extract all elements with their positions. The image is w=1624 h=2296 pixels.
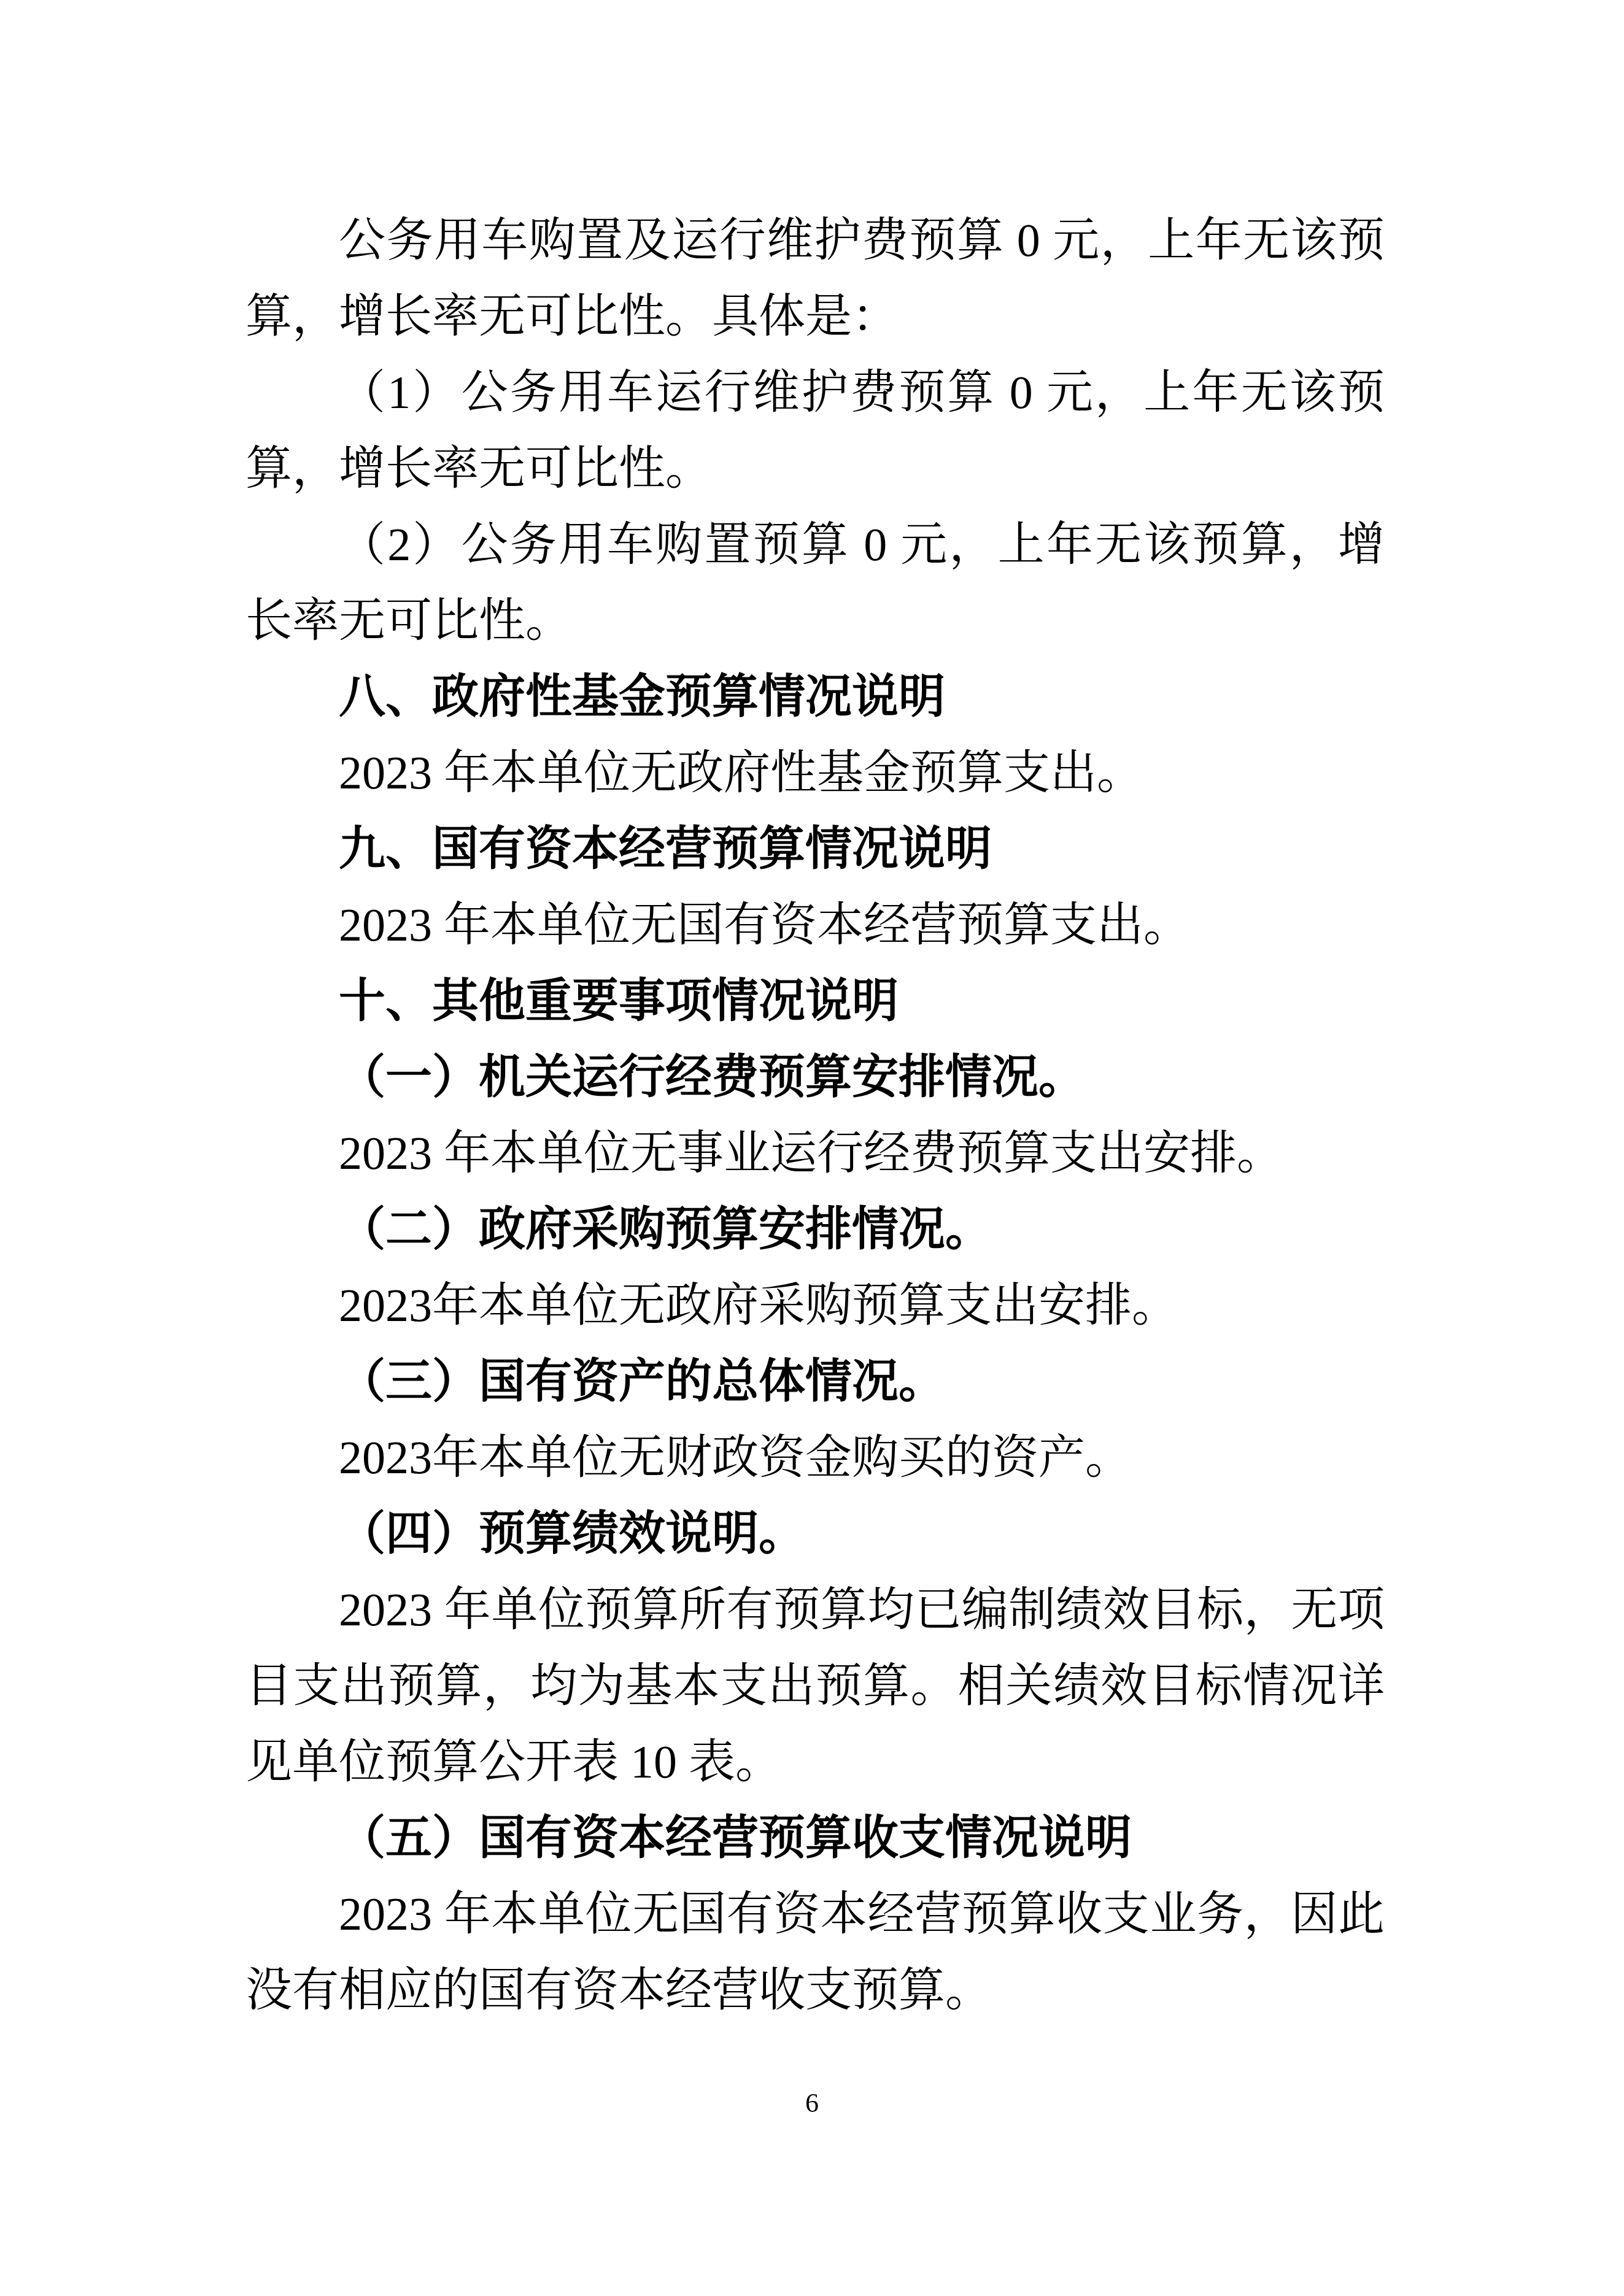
paragraph: 2023 年本单位无国有资本经营预算支出。 [246, 887, 1385, 963]
paragraph: 2023 年本单位无国有资本经营预算收支业务，因此没有相应的国有资本经营收支预算… [246, 1876, 1385, 2028]
document-page: 公务用车购置及运行维护费预算 0 元，上年无该预算，增长率无可比性。具体是：（1… [0, 0, 1624, 2296]
section-heading: （一）机关运行经费预算安排情况。 [246, 1039, 1385, 1115]
section-heading: 十、其他重要事项情况说明 [246, 963, 1385, 1039]
page-number: 6 [805, 2088, 819, 2118]
section-heading: （二）政府采购预算安排情况。 [246, 1192, 1385, 1268]
paragraph: 2023 年本单位无政府性基金预算支出。 [246, 735, 1385, 811]
document-body: 公务用车购置及运行维护费预算 0 元，上年无该预算，增长率无可比性。具体是：（1… [246, 202, 1385, 2028]
section-heading: （四）预算绩效说明。 [246, 1496, 1385, 1572]
paragraph: 公务用车购置及运行维护费预算 0 元，上年无该预算，增长率无可比性。具体是： [246, 202, 1385, 355]
section-heading: （三）国有资产的总体情况。 [246, 1344, 1385, 1420]
paragraph: 2023 年本单位无事业运行经费预算支出安排。 [246, 1115, 1385, 1192]
paragraph: （1）公务用车运行维护费预算 0 元，上年无该预算，增长率无可比性。 [246, 355, 1385, 507]
page-footer: 6 [0, 2085, 1624, 2122]
paragraph: （2）公务用车购置预算 0 元，上年无该预算，增长率无可比性。 [246, 507, 1385, 659]
section-heading: （五）国有资本经营预算收支情况说明 [246, 1800, 1385, 1876]
section-heading: 八、政府性基金预算情况说明 [246, 659, 1385, 735]
paragraph: 2023年本单位无政府采购预算支出安排。 [246, 1268, 1385, 1344]
paragraph: 2023 年单位预算所有预算均已编制绩效目标，无项目支出预算，均为基本支出预算。… [246, 1572, 1385, 1800]
section-heading: 九、国有资本经营预算情况说明 [246, 811, 1385, 887]
paragraph: 2023年本单位无财政资金购买的资产。 [246, 1420, 1385, 1496]
